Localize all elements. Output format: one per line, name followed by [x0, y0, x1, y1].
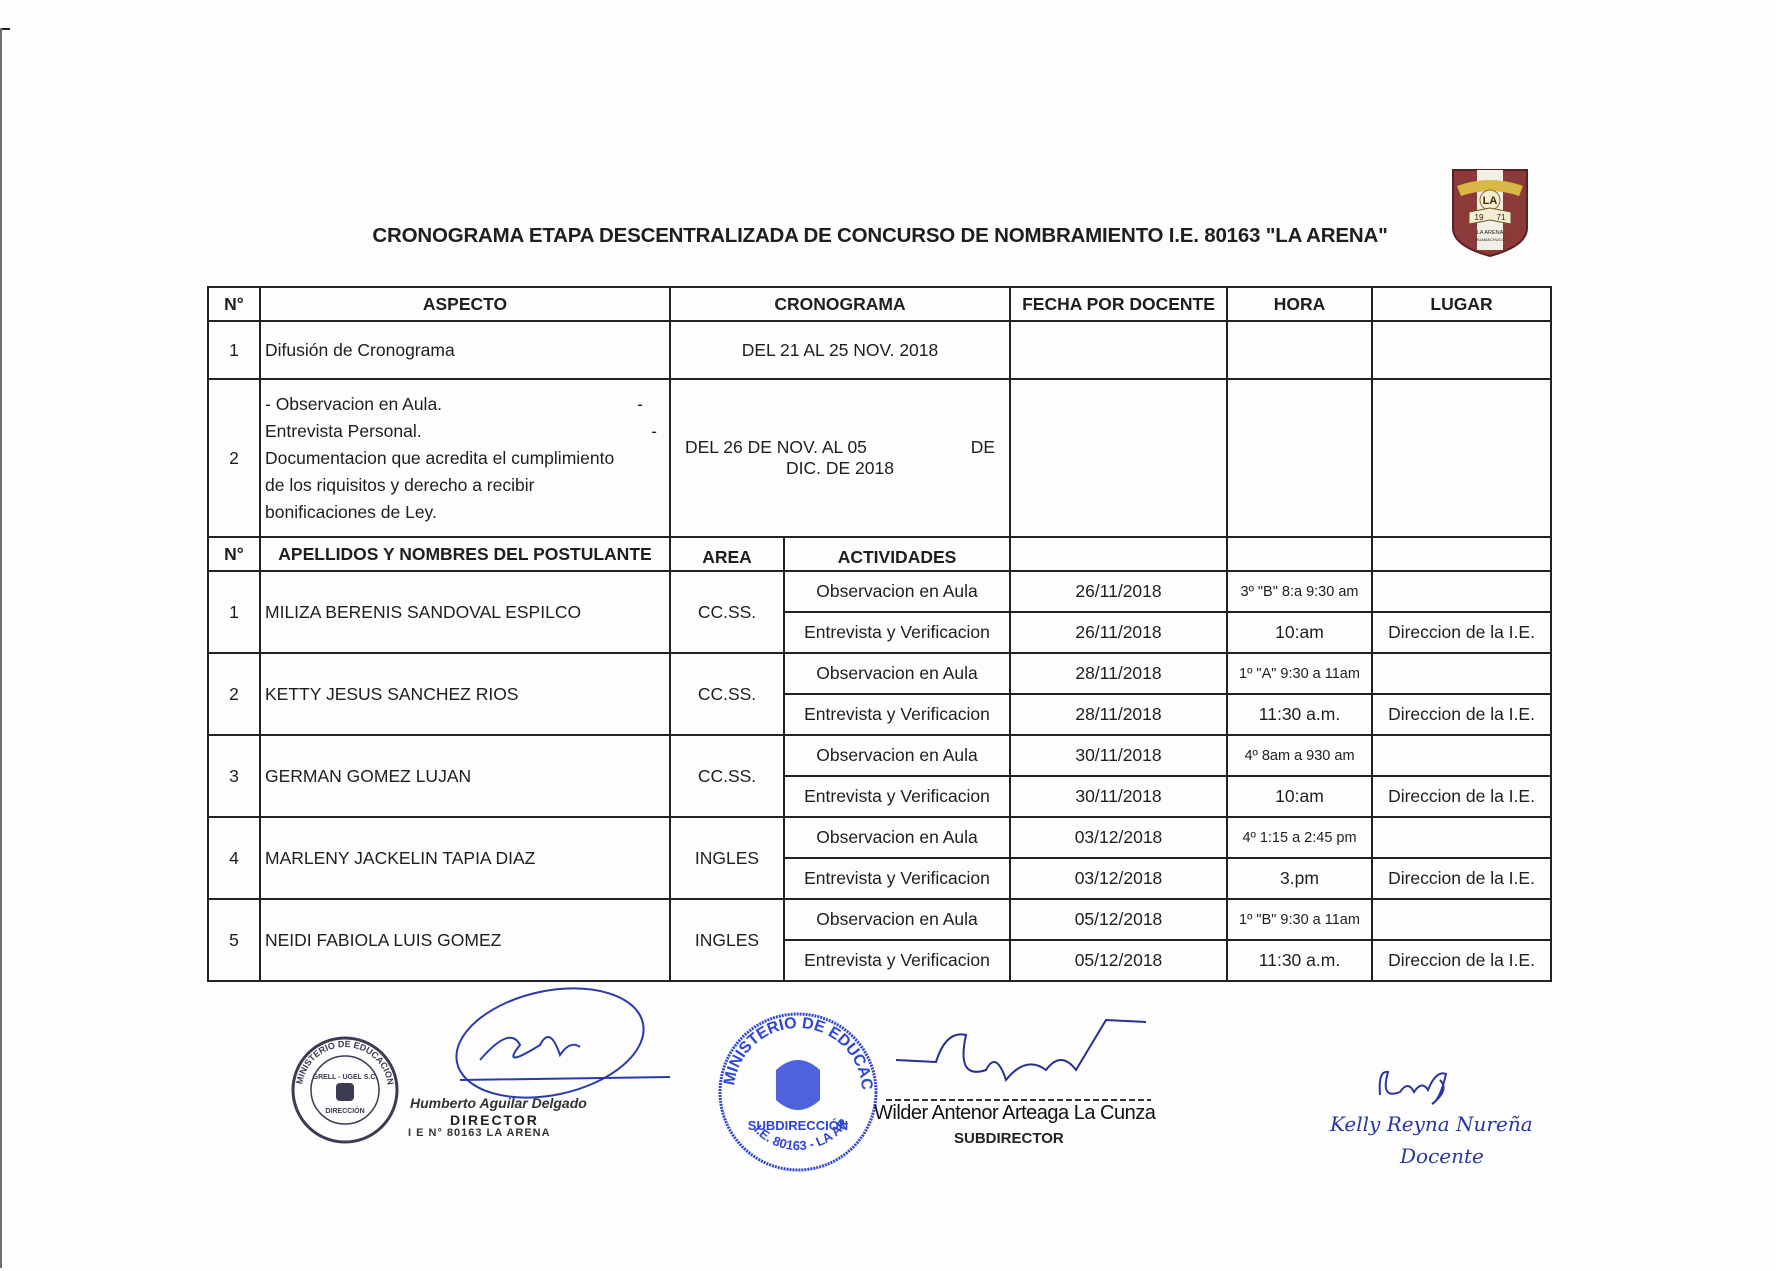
- activity-place: [1372, 817, 1551, 858]
- subdirector-role: SUBDIRECTOR: [954, 1130, 1064, 1147]
- col-header-n: N°: [208, 287, 260, 321]
- candidate-name: KETTY JESUS SANCHEZ RIOS: [260, 653, 670, 735]
- candidate-area: CC.SS.: [670, 735, 784, 817]
- activity-time: 10:am: [1227, 612, 1372, 653]
- aspect-line: - Observacion en Aula.: [265, 391, 442, 418]
- director-institution: I E N° 80163 LA ARENA: [408, 1127, 551, 1139]
- header2-hora-empty: [1227, 537, 1372, 571]
- candidate-area: CC.SS.: [670, 571, 784, 653]
- activity-name: Entrevista y Verificacion: [784, 858, 1010, 899]
- activity-place: [1372, 899, 1551, 940]
- aspect-fecha-empty: [1010, 379, 1227, 537]
- director-role: DIRECTOR: [450, 1112, 539, 1128]
- activity-time: 3º "B" 8:a 9:30 am: [1227, 571, 1372, 612]
- activity-time: 1º "B" 9:30 a 11am: [1227, 899, 1372, 940]
- candidate-area: CC.SS.: [670, 653, 784, 735]
- candidate-name: NEIDI FABIOLA LUIS GOMEZ: [260, 899, 670, 981]
- aspect-row: 2 - Observacion en Aula.- Entrevista Per…: [208, 379, 1551, 537]
- cronograma-line1-left: DEL 26 DE NOV. AL 05: [685, 437, 867, 458]
- header2-fecha-empty: [1010, 537, 1227, 571]
- candidate-number: 3: [208, 735, 260, 817]
- crest-text-top: LA: [1483, 195, 1498, 207]
- candidate-name: GERMAN GOMEZ LUJAN: [260, 735, 670, 817]
- crest-year-right: 71: [1497, 213, 1506, 222]
- col-header-lugar: LUGAR: [1372, 287, 1551, 321]
- docente-signature-block: Kelly Reyna Nureña Docente: [1320, 1060, 1580, 1190]
- activity-date: 05/12/2018: [1010, 940, 1227, 981]
- activity-time: 4º 1:15 a 2:45 pm: [1227, 817, 1372, 858]
- activity-name: Entrevista y Verificacion: [784, 694, 1010, 735]
- table-header-row: N° ASPECTO CRONOGRAMA FECHA POR DOCENTE …: [208, 287, 1551, 321]
- activity-time: 3.pm: [1227, 858, 1372, 899]
- candidate-number: 4: [208, 817, 260, 899]
- docente-role: Docente: [1400, 1144, 1484, 1168]
- activity-place: Direccion de la I.E.: [1372, 612, 1551, 653]
- activity-time: 10:am: [1227, 776, 1372, 817]
- aspect-hora-empty: [1227, 379, 1372, 537]
- col-header-cronograma: CRONOGRAMA: [670, 287, 1010, 321]
- stamp-center-text: DIRECCIÓN: [325, 1106, 364, 1115]
- activity-place: Direccion de la I.E.: [1372, 694, 1551, 735]
- aspect-dash: -: [637, 391, 665, 418]
- activity-name: Observacion en Aula: [784, 735, 1010, 776]
- candidate-number: 5: [208, 899, 260, 981]
- aspect-cronograma: DEL 21 AL 25 NOV. 2018: [670, 321, 1010, 379]
- crest-year-left: 19: [1475, 213, 1484, 222]
- activity-time: 1º "A" 9:30 a 11am: [1227, 653, 1372, 694]
- subdirector-signature-block: MINISTERIO DE EDUCACION SUBDIRECCIÓN I.E…: [716, 1010, 1166, 1190]
- activity-date: 30/11/2018: [1010, 735, 1227, 776]
- activity-date: 03/12/2018: [1010, 858, 1227, 899]
- schedule-table: N° ASPECTO CRONOGRAMA FECHA POR DOCENTE …: [207, 286, 1552, 982]
- activity-name: Observacion en Aula: [784, 817, 1010, 858]
- col-header-fecha: FECHA POR DOCENTE: [1010, 287, 1227, 321]
- table-row: 5NEIDI FABIOLA LUIS GOMEZINGLESObservaci…: [208, 899, 1551, 940]
- aspect-number: 2: [208, 379, 260, 537]
- header2-lugar-empty: [1372, 537, 1551, 571]
- activity-date: 03/12/2018: [1010, 817, 1227, 858]
- candidate-name: MILIZA BERENIS SANDOVAL ESPILCO: [260, 571, 670, 653]
- activity-place: [1372, 653, 1551, 694]
- col-header-aspecto: ASPECTO: [260, 287, 670, 321]
- school-crest-icon: LA 19 71 LA ARENA HUAMACHUCO: [1449, 166, 1531, 258]
- aspect-line: de los riquisitos y derecho a recibir: [265, 472, 665, 499]
- candidate-number: 2: [208, 653, 260, 735]
- crest-text-bottom: LA ARENA: [1477, 230, 1504, 236]
- aspect-fecha-empty: [1010, 321, 1227, 379]
- table-row: 4MARLENY JACKELIN TAPIA DIAZINGLESObserv…: [208, 817, 1551, 858]
- docente-handwritten-signature: [1370, 1060, 1470, 1110]
- activity-time: 11:30 a.m.: [1227, 940, 1372, 981]
- candidate-area: INGLES: [670, 899, 784, 981]
- activity-date: 28/11/2018: [1010, 694, 1227, 735]
- activity-time: 11:30 a.m.: [1227, 694, 1372, 735]
- aspect-line: Documentacion que acredita el cumplimien…: [265, 445, 665, 472]
- table-row: 3GERMAN GOMEZ LUJANCC.SS.Observacion en …: [208, 735, 1551, 776]
- aspect-dash: -: [651, 418, 665, 445]
- col-header-n2: N°: [208, 537, 260, 571]
- col-header-area: AREA: [670, 537, 784, 571]
- docente-name: Kelly Reyna Nureña: [1330, 1112, 1533, 1136]
- aspect-cronograma: DEL 26 DE NOV. AL 05DE DIC. DE 2018: [670, 379, 1010, 537]
- crest-text-town: HUAMACHUCO: [1475, 237, 1504, 242]
- activity-place: Direccion de la I.E.: [1372, 858, 1551, 899]
- activity-place: Direccion de la I.E.: [1372, 776, 1551, 817]
- director-name: Humberto Aguilar Delgado: [410, 1095, 587, 1111]
- subdirector-name: Wilder Antenor Arteaga La Cunza: [874, 1102, 1155, 1125]
- cronograma-line1-right: DE: [971, 437, 995, 458]
- col-header-hora: HORA: [1227, 287, 1372, 321]
- stamp-inner-text: GRELL - UGEL S.C.: [313, 1074, 378, 1081]
- activity-date: 05/12/2018: [1010, 899, 1227, 940]
- aspect-line: Entrevista Personal.: [265, 418, 422, 445]
- col-header-postulante: APELLIDOS Y NOMBRES DEL POSTULANTE: [260, 537, 670, 571]
- activity-date: 26/11/2018: [1010, 612, 1227, 653]
- subdirector-stamp-icon: MINISTERIO DE EDUCACION SUBDIRECCIÓN I.E…: [716, 1010, 881, 1175]
- director-handwritten-signature: [400, 985, 680, 1105]
- aspect-lugar-empty: [1372, 379, 1551, 537]
- aspect-number: 1: [208, 321, 260, 379]
- activity-time: 4º 8am a 930 am: [1227, 735, 1372, 776]
- candidate-name: MARLENY JACKELIN TAPIA DIAZ: [260, 817, 670, 899]
- candidate-area: INGLES: [670, 817, 784, 899]
- activity-date: 30/11/2018: [1010, 776, 1227, 817]
- aspect-line: bonificaciones de Ley.: [265, 499, 665, 526]
- activity-place: [1372, 735, 1551, 776]
- candidate-number: 1: [208, 571, 260, 653]
- document-title: CRONOGRAMA ETAPA DESCENTRALIZADA DE CONC…: [360, 224, 1400, 248]
- aspect-hora-empty: [1227, 321, 1372, 379]
- scan-edge-left: [0, 28, 7, 1268]
- aspect-lugar-empty: [1372, 321, 1551, 379]
- activity-name: Observacion en Aula: [784, 653, 1010, 694]
- director-signature-block: MINISTERIO DE EDUCACION GRELL - UGEL S.C…: [290, 985, 670, 1145]
- aspect-row: 1 Difusión de Cronograma DEL 21 AL 25 NO…: [208, 321, 1551, 379]
- aspect-text: Difusión de Cronograma: [260, 321, 670, 379]
- activity-place: Direccion de la I.E.: [1372, 940, 1551, 981]
- aspect-text-multiline: - Observacion en Aula.- Entrevista Perso…: [260, 379, 670, 537]
- activity-date: 28/11/2018: [1010, 653, 1227, 694]
- activity-date: 26/11/2018: [1010, 571, 1227, 612]
- activity-name: Entrevista y Verificacion: [784, 940, 1010, 981]
- table-row: 1MILIZA BERENIS SANDOVAL ESPILCOCC.SS.Ob…: [208, 571, 1551, 612]
- candidates-body: 1MILIZA BERENIS SANDOVAL ESPILCOCC.SS.Ob…: [208, 571, 1551, 981]
- table-row: 2KETTY JESUS SANCHEZ RIOSCC.SS.Observaci…: [208, 653, 1551, 694]
- director-stamp-icon: MINISTERIO DE EDUCACION GRELL - UGEL S.C…: [290, 1035, 400, 1145]
- candidates-header-row: N° APELLIDOS Y NOMBRES DEL POSTULANTE AR…: [208, 537, 1551, 571]
- cronograma-line2: DIC. DE 2018: [685, 458, 995, 479]
- activity-name: Entrevista y Verificacion: [784, 776, 1010, 817]
- activity-name: Entrevista y Verificacion: [784, 612, 1010, 653]
- activity-place: [1372, 571, 1551, 612]
- activity-name: Observacion en Aula: [784, 571, 1010, 612]
- col-header-actividades: ACTIVIDADES: [784, 537, 1010, 571]
- activity-name: Observacion en Aula: [784, 899, 1010, 940]
